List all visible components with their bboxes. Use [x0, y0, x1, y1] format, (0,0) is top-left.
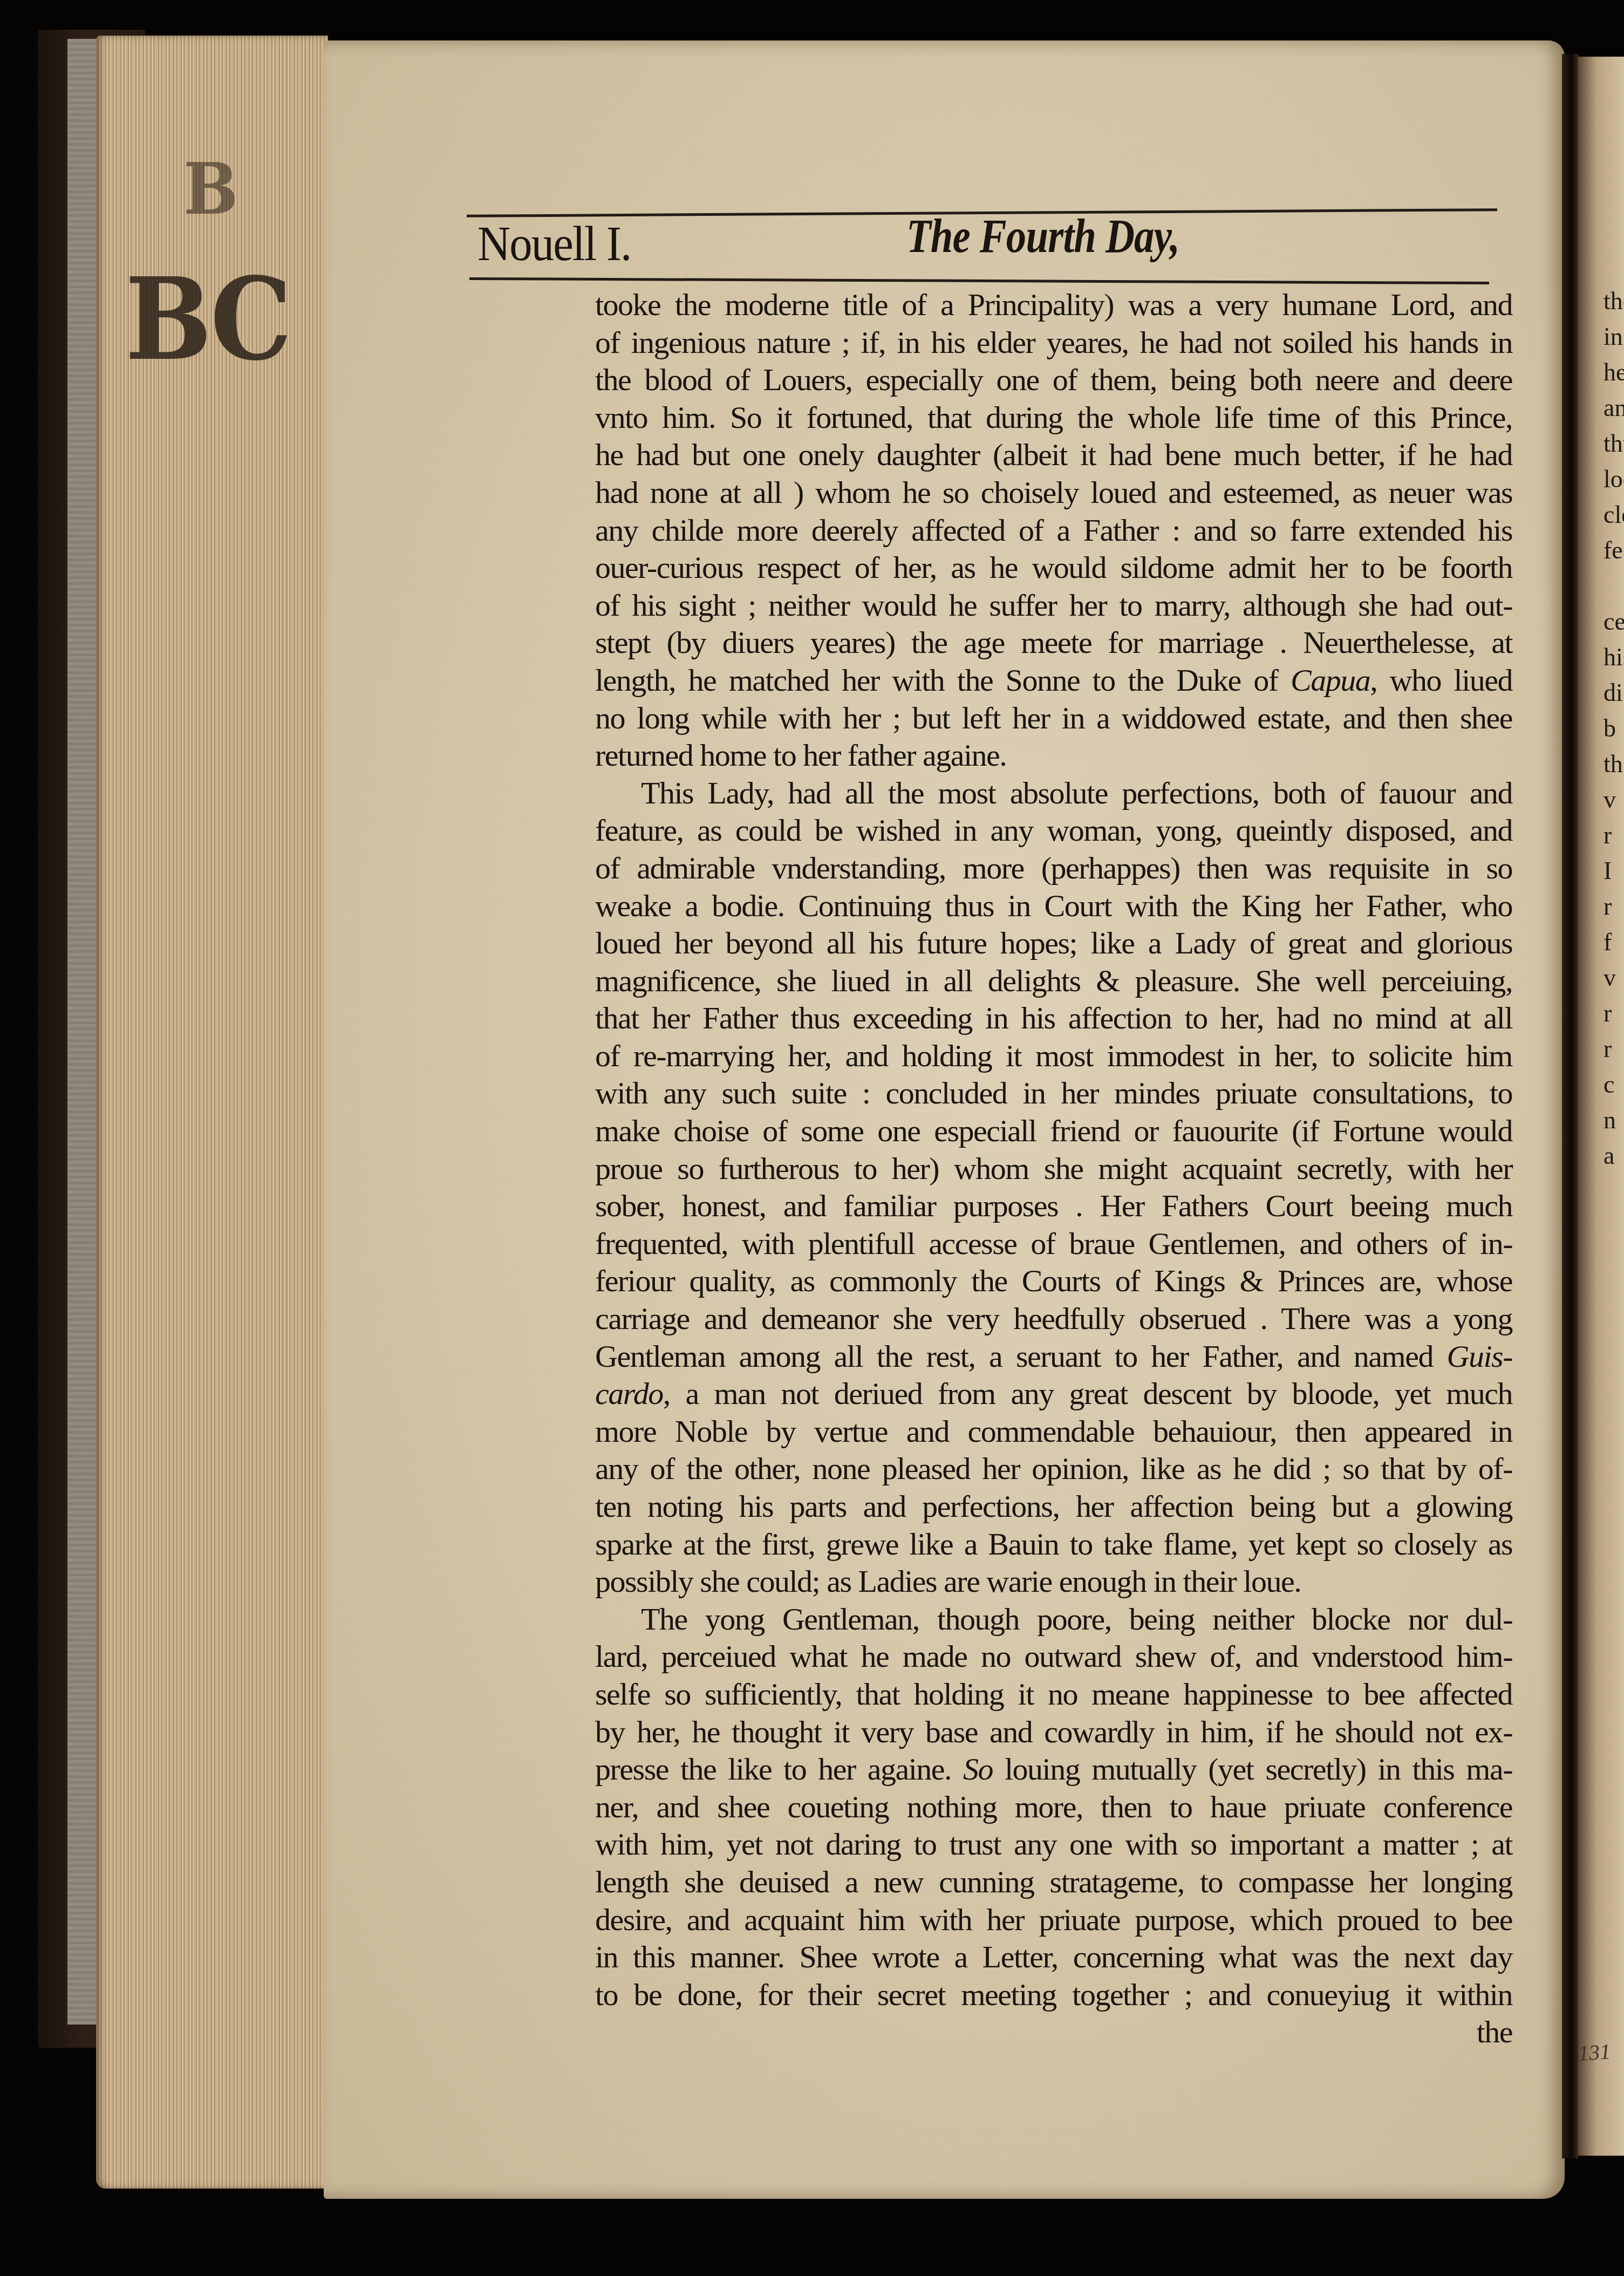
text-line: This Lady, had all the most absolute per…: [595, 774, 1512, 812]
facing-page-fragment: f: [1603, 930, 1624, 955]
text-line: length, he matched her with the Sonne to…: [595, 662, 1512, 699]
text-line: of his sight ; neither would he suffer h…: [595, 587, 1512, 624]
text-run: , who liued: [1370, 663, 1512, 698]
facing-page-fragment: the: [1603, 289, 1624, 314]
text-line: feature, as could be wished in any woman…: [595, 812, 1512, 849]
facing-page-fragment: and: [1603, 396, 1624, 420]
text-line: with any such suite : concluded in her m…: [595, 1074, 1512, 1112]
text-run: presse the like to her againe.: [595, 1752, 963, 1787]
text-line: ouer-curious respect of her, as he would…: [595, 549, 1512, 587]
text-line: of re-marrying her, and holding it most …: [595, 1037, 1512, 1075]
text-run: length, he matched her with the Sonne to…: [595, 663, 1291, 698]
running-title: The Fourth Day,: [906, 209, 1179, 264]
text-line: vnto him. So it fortuned, that during th…: [595, 399, 1512, 437]
facing-page-fragment: c: [1603, 1072, 1624, 1097]
text-line: ten noting his parts and perfections, he…: [595, 1488, 1512, 1525]
text-line: feriour quality, as commonly the Courts …: [595, 1262, 1512, 1300]
text-line: no long while with her ; but left her in…: [595, 699, 1512, 737]
italic-proper-name: Capua: [1291, 663, 1370, 698]
text-line: ner, and shee coueting nothing more, the…: [595, 1788, 1512, 1826]
italic-proper-name: cardo: [595, 1376, 663, 1411]
book-gutter: [1562, 54, 1578, 2158]
text-line: any childe more deerely affected of a Fa…: [595, 512, 1512, 549]
text-line: returned home to her father againe.: [595, 737, 1512, 774]
novel-number: Nouell I.: [477, 215, 631, 272]
text-line: presse the like to her againe. So louing…: [595, 1750, 1512, 1788]
catchword: the: [595, 2013, 1512, 2051]
text-run: Gentleman among all the rest, a seruant …: [595, 1339, 1447, 1374]
text-line: lard, perceiued what he made no outward …: [595, 1638, 1512, 1675]
facing-page-fragment: I: [1603, 858, 1624, 883]
text-line: desire, and acquaint him with her priuat…: [595, 1901, 1512, 1939]
facing-page-fragment: thu: [1603, 431, 1624, 456]
facing-page-fragment: fe: [1603, 538, 1624, 563]
facing-page-fragment: r: [1603, 1037, 1624, 1061]
facing-page-fragment: cle: [1603, 502, 1624, 527]
facing-page-fragment: ce: [1603, 609, 1624, 634]
text-line: by her, he thought it very base and cowa…: [595, 1713, 1512, 1751]
facing-page-fragment: b: [1603, 716, 1624, 741]
text-line: possibly she could; as Ladies are warie …: [595, 1563, 1512, 1600]
text-line: selfe so sufficiently, that holding it n…: [595, 1675, 1512, 1713]
facing-page-fragment: a: [1603, 1143, 1624, 1168]
text-run: louing mutually (yet secretly) in this m…: [993, 1752, 1512, 1787]
page-body-text: tooke the moderne title of a Principalit…: [595, 286, 1512, 2051]
text-line: loued her beyond all his future hopes; l…: [595, 924, 1512, 962]
facing-page-fragment: v: [1603, 965, 1624, 990]
text-line: weake a bodie. Continuing thus in Court …: [595, 887, 1512, 925]
text-line: had none at all ) whom he so choisely lo…: [595, 474, 1512, 512]
facing-page-fragment: v: [1603, 787, 1624, 812]
text-line: the blood of Louers, especially one of t…: [595, 361, 1512, 399]
facing-page-fragment: r: [1603, 1001, 1624, 1026]
text-line: sober, honest, and familiar purposes . H…: [595, 1187, 1512, 1225]
facing-page-fragment: his: [1603, 645, 1624, 670]
facing-page-fragment: r: [1603, 823, 1624, 848]
facing-page-fragment: r: [1603, 894, 1624, 919]
text-run: , a man not deriued from any great desce…: [663, 1376, 1512, 1411]
text-line: he had but one onely daughter (albeit it…: [595, 436, 1512, 474]
text-line: of ingenious nature ; if, in his elder y…: [595, 324, 1512, 362]
facing-page-fragment: ing: [1603, 324, 1624, 349]
text-line: tooke the moderne title of a Principalit…: [595, 286, 1512, 324]
facing-page-fragment: di: [1603, 680, 1624, 705]
fore-edge-inscription-large: BC: [125, 253, 289, 385]
italic-proper-name: Guis-: [1447, 1339, 1512, 1374]
text-line: to be done, for their secret meeting tog…: [595, 1976, 1512, 2014]
text-line: more Noble by vertue and commendable beh…: [595, 1413, 1512, 1450]
text-line: make choise of some one especiall friend…: [595, 1112, 1512, 1150]
text-line: of admirable vnderstanding, more (perhap…: [595, 849, 1512, 887]
italic-proper-name: So: [963, 1752, 993, 1787]
text-line: any of the other, none pleased her opini…: [595, 1450, 1512, 1488]
text-line: carriage and demeanor she very heedfully…: [595, 1300, 1512, 1338]
text-line: cardo, a man not deriued from any great …: [595, 1375, 1512, 1413]
text-line: stept (by diuers yeares) the age meete f…: [595, 624, 1512, 662]
text-line: proue so furtherous to her) whom she mig…: [595, 1150, 1512, 1188]
text-line: The yong Gentleman, though poore, being …: [595, 1600, 1512, 1638]
text-line: with him, yet not daring to trust any on…: [595, 1825, 1512, 1863]
facing-page-fragment: loc: [1603, 467, 1624, 492]
facing-page-fragment: he n: [1603, 360, 1624, 385]
text-line: frequented, with plentifull accesse of b…: [595, 1225, 1512, 1263]
text-line: magnificence, she liued in all delights …: [595, 962, 1512, 1000]
text-line: Gentleman among all the rest, a seruant …: [595, 1338, 1512, 1375]
fore-edge-inscription-small: B: [183, 147, 235, 231]
text-line: sparke at the first, grewe like a Bauin …: [595, 1525, 1512, 1563]
facing-page-folio-mark: 131: [1577, 2039, 1611, 2066]
text-line: that her Father thus exceeding in his af…: [595, 999, 1512, 1037]
text-line: length she deuised a new cunning stratag…: [595, 1863, 1512, 1901]
facing-page-fragment: n: [1603, 1108, 1624, 1133]
text-line: in this manner. Shee wrote a Letter, con…: [595, 1938, 1512, 1976]
facing-page-fragment: th: [1603, 752, 1624, 776]
